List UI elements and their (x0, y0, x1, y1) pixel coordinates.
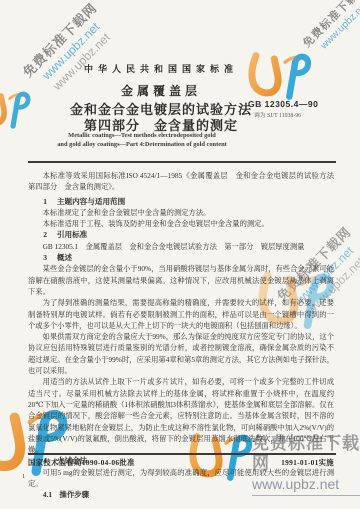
paragraph: 某些金合金镀层的金含量小于90%，当用硝酸将镀层与基体金属分离时，有些合金元素可… (28, 263, 334, 297)
section-2-title: 引用标准 (57, 230, 87, 239)
standard-number: GB 12305.4—90 (248, 99, 318, 109)
approval-text: 国家技术监督局1990-04-06批准 (28, 457, 135, 468)
section-1-title: 主题内容与适用范围 (57, 197, 125, 206)
implementation-text: 1991-01-01实施 (281, 457, 334, 468)
paragraph: 本标准规定了金和金合金镀层中金含量的测定方法。 (28, 207, 334, 218)
section-2-number: 2 (43, 230, 47, 239)
watermark-site-name: 免费标准下载网 (281, 0, 360, 71)
header-divider (28, 161, 336, 163)
intro-paragraph: 本标准等效采用国际标准ISO 4524/1—1985《金属覆盖层 金和金合金电镀… (28, 170, 334, 193)
section-3-number: 3 (43, 253, 47, 262)
section-3-title: 概述 (57, 253, 72, 262)
section-3-heading: 3 概述 (28, 252, 334, 263)
standard-type-label: 中华人民共和国国家标准 (0, 62, 322, 75)
section-1-number: 1 (43, 197, 47, 206)
title-line1: 金属覆盖层 (0, 82, 322, 99)
section-2-heading: 2 引用标准 (28, 229, 334, 240)
paragraph: 如果供需双方商定金的含量应大于99%，那么为保证金的纯度双方应签定专门的协议，这… (28, 331, 334, 376)
standard-note: 调为 SJ/T 11038-96 (254, 110, 301, 119)
paragraph: 用适当的方法从试件上取下一片或多片试片，如有必要，可将一个或多个完整的工件切成适… (28, 376, 334, 455)
paragraph: 可用5 mg的金镀层进行测定，为得到较高的准确度，应尽可能使用较大些的金镀层进行… (28, 467, 334, 490)
scanned-standard-page: 免费标准下载网 www.upbz.net www.upbz.net 免费标准下载… (0, 0, 360, 509)
page-number: 1 (22, 473, 25, 480)
paragraph: 为了得到准确的测量结果，需要提高称量的精确度，并需要较大的试样，如有必要，还要制… (28, 297, 334, 331)
paragraph: 本标准适用于工程、装饰及防护用金和金合金电镀层中金含量的测定。 (28, 218, 334, 229)
document-body: 本标准等效采用国际标准ISO 4524/1—1985《金属覆盖层 金和金合金电镀… (28, 170, 334, 501)
section-1-heading: 1 主题内容与适用范围 (28, 196, 334, 207)
title-english-line1: Metallic coatings—Test methods electrode… (12, 132, 272, 139)
reference-item: GB 12305.1 金属覆盖层 金和金合金电镀层试验方法 第一部分 镀层厚度测… (28, 241, 334, 252)
footer-divider (28, 453, 336, 455)
title-english-line2: and gold alloy coatings—Part 4:Determina… (12, 141, 272, 148)
section-4-1-heading: 4.1 操作步骤 (28, 489, 334, 500)
